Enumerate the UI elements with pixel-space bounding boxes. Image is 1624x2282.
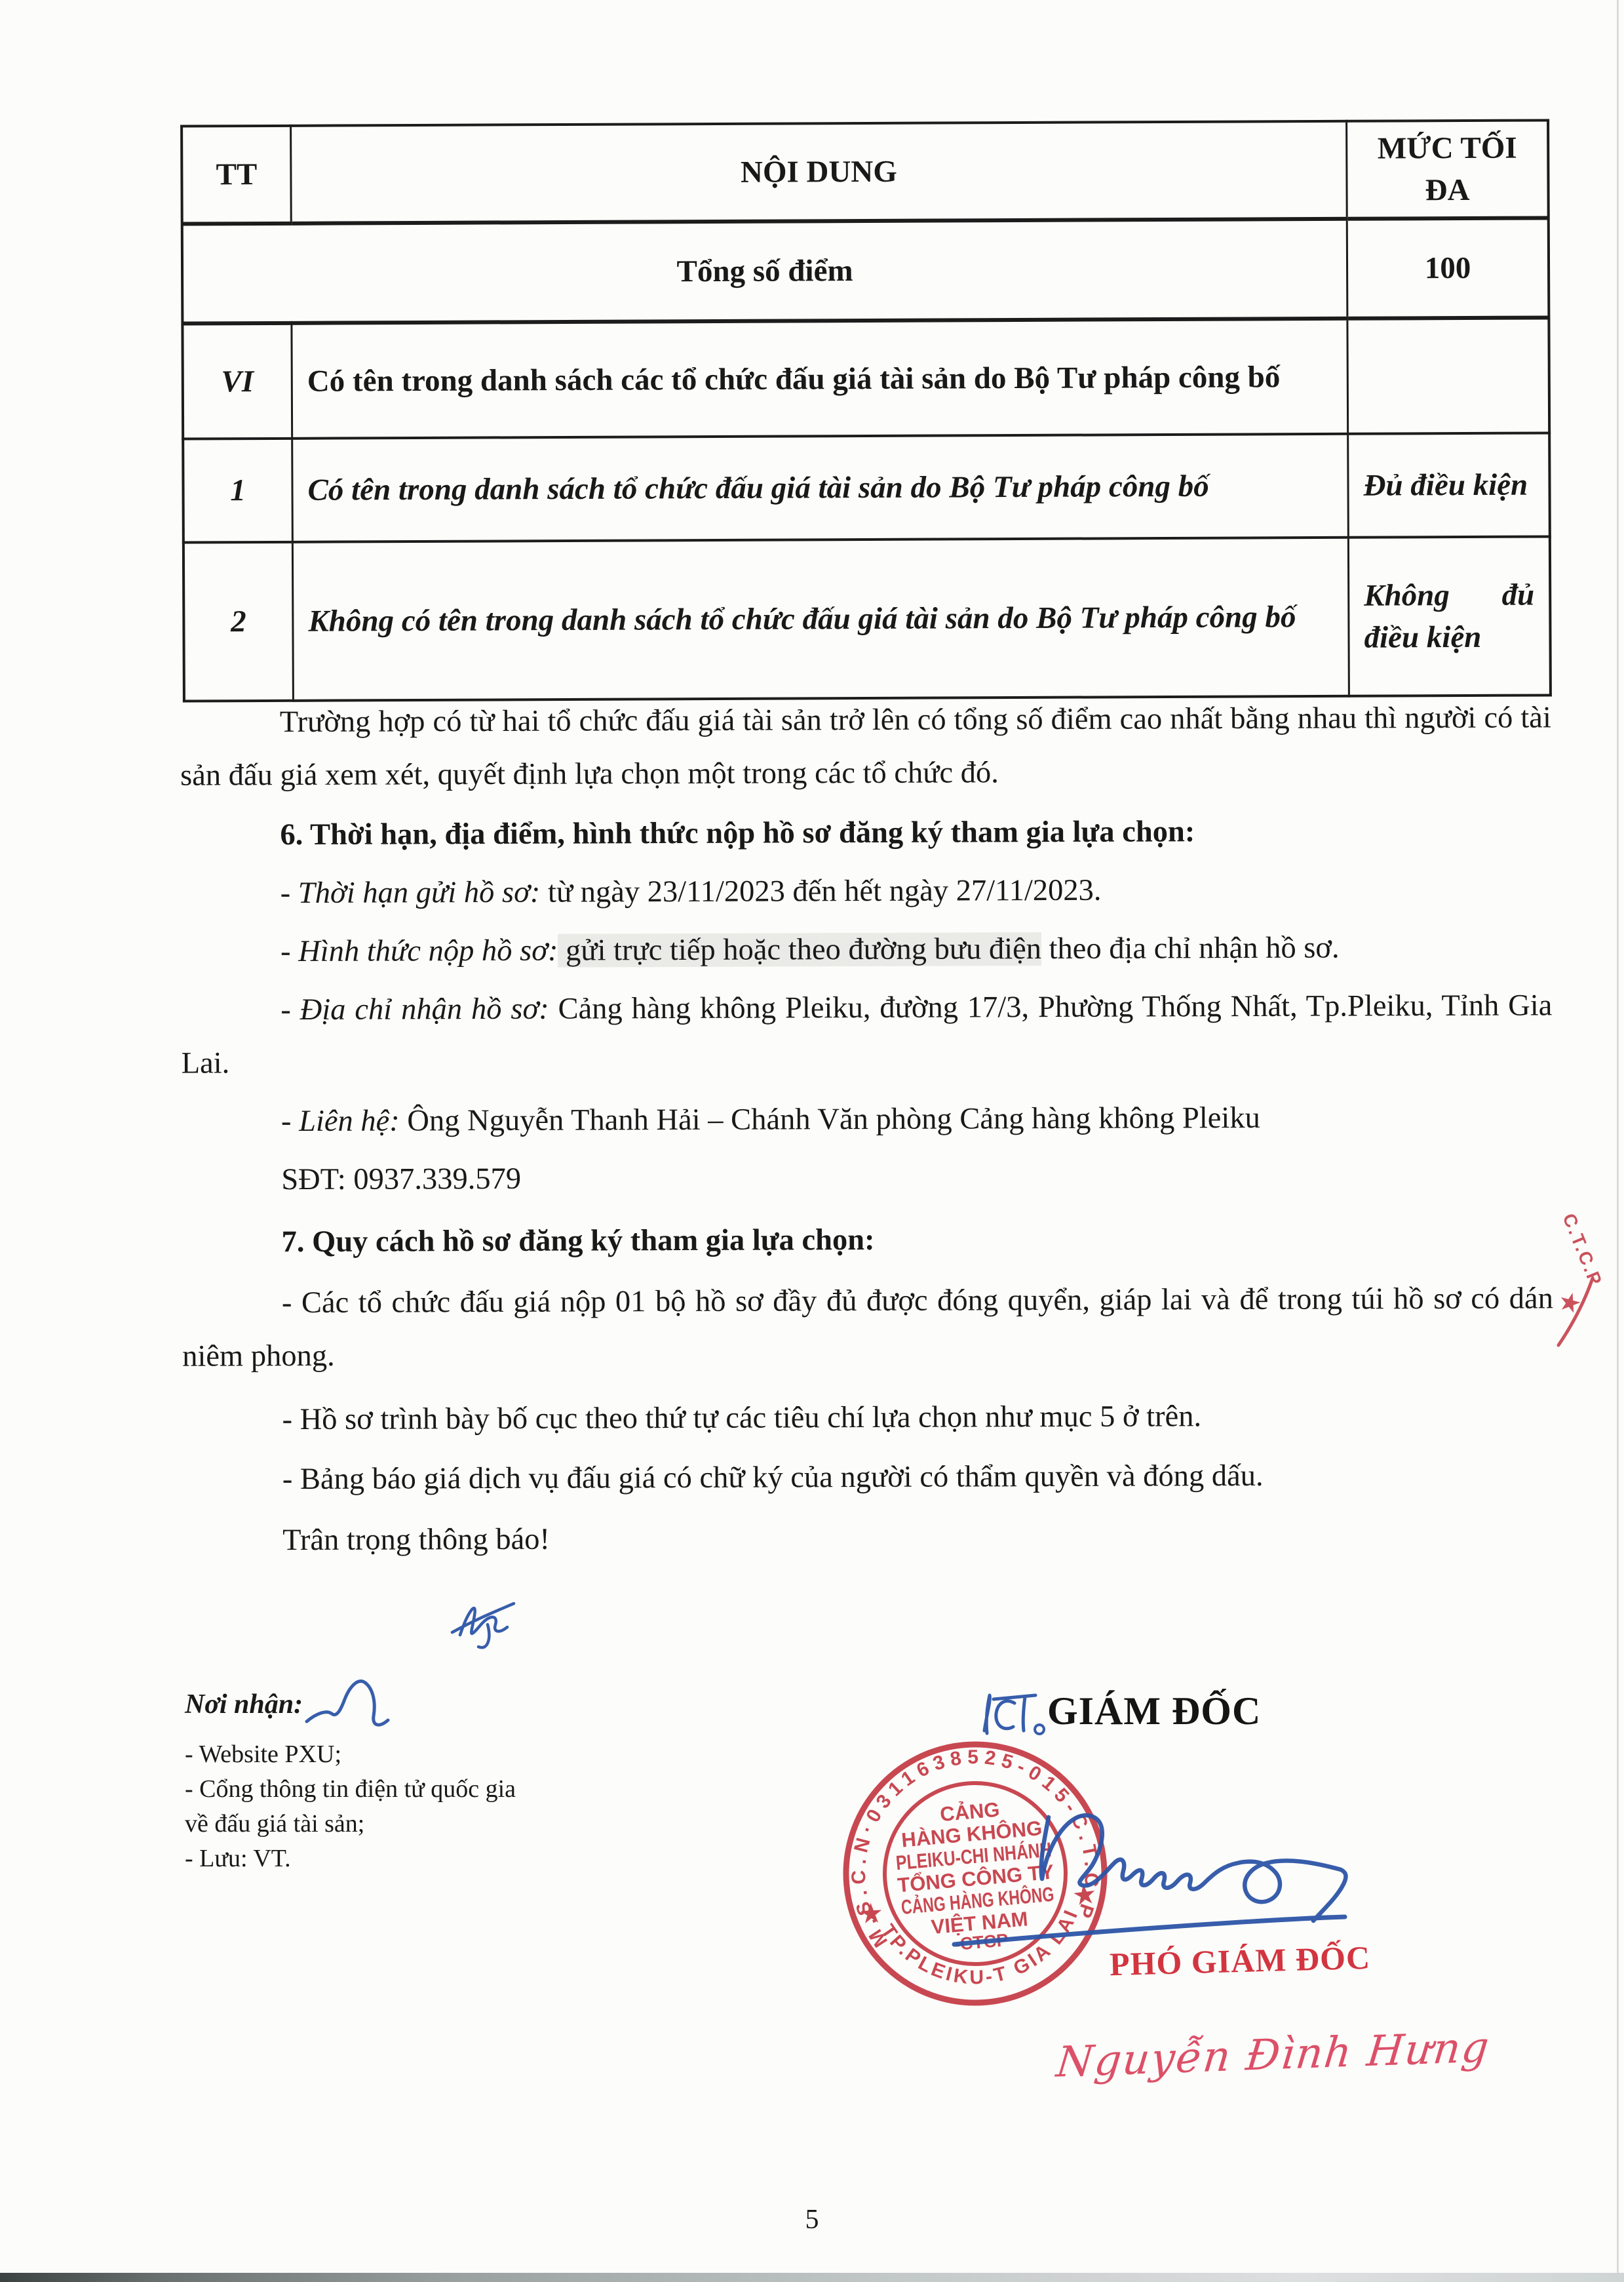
edge-stamp-fragment: C.T.C.P ★ xyxy=(1555,1211,1606,1345)
row-number-cell: 1 xyxy=(183,439,292,543)
bullet-deadline: - Thời hạn gửi hồ sơ: từ ngày 23/11/2023… xyxy=(181,862,1552,920)
svg-text:PLEIKU-CHI NHÁNH: PLEIKU-CHI NHÁNH xyxy=(895,1838,1053,1875)
page-number: 5 xyxy=(0,2204,1624,2235)
svg-text:CẢNG HÀNG KHÔNG: CẢNG HÀNG KHÔNG xyxy=(900,1882,1054,1919)
row-value-cell: Không đủ điều kiện xyxy=(1348,536,1551,696)
bullet-price-sheet: - Bảng báo giá dịch vụ đấu giá có chữ ký… xyxy=(183,1448,1554,1506)
bullet-label: - Thời hạn gửi hồ sơ: xyxy=(280,876,541,910)
bullet-label: - Địa chỉ nhận hồ sơ: xyxy=(280,993,549,1027)
company-round-stamp: M.S.C.N·0311638525-015-C.T.C.P TP.PLEIKU… xyxy=(836,1734,1115,2014)
row-text-cell: Có tên trong danh sách các tổ chức đấu g… xyxy=(292,319,1348,439)
stamp-center-text: CẢNG HÀNG KHÔNG PLEIKU-CHI NHÁNH TỔNG CÔ… xyxy=(891,1794,1060,1959)
row-value-cell xyxy=(1347,317,1549,433)
bullet-label: - Hình thức nộp hồ sơ: xyxy=(280,934,558,968)
stamp-ring-text-top: M.S.C.N·0311638525-015-C.T.C.P xyxy=(837,1736,1108,1953)
edge-stamp-star-icon: ★ xyxy=(1555,1286,1585,1320)
bullet-text: theo địa chỉ nhận hồ sơ. xyxy=(1041,931,1340,966)
director-title: GIÁM ĐỐC xyxy=(1047,1689,1261,1734)
svg-text:HÀNG KHÔNG: HÀNG KHÔNG xyxy=(900,1816,1043,1852)
row-number-cell: 2 xyxy=(184,542,294,701)
total-value-cell: 100 xyxy=(1347,218,1549,318)
edge-stamp-line xyxy=(1558,1278,1593,1345)
row-value-cell: Đủ điều kiện xyxy=(1348,433,1550,537)
table-header-row: TT NỘI DUNG MỨC TỐI ĐA xyxy=(182,120,1549,224)
recipients-title: Nơi nhận: xyxy=(185,1689,539,1720)
row-text-cell: Có tên trong danh sách tổ chức đấu giá t… xyxy=(292,434,1349,542)
edge-stamp-text: C.T.C.P xyxy=(1558,1211,1606,1290)
bullet-address: - Địa chỉ nhận hồ sơ: Cảng hàng không Pl… xyxy=(181,979,1553,1090)
heading-section-7: 7. Quy cách hồ sơ đăng ký tham gia lựa c… xyxy=(182,1211,1553,1269)
document-page: TT NỘI DUNG MỨC TỐI ĐA Tổng số điểm 100 … xyxy=(0,0,1624,2282)
criteria-table: TT NỘI DUNG MỨC TỐI ĐA Tổng số điểm 100 … xyxy=(180,119,1552,702)
highlighted-text: gửi trực tiếp hoặc theo đường bưu điện xyxy=(558,932,1041,968)
header-cell-tt: TT xyxy=(182,126,291,224)
row-number-cell: VI xyxy=(182,323,292,439)
body-text: Trường hợp có từ hai tổ chức đấu giá tài… xyxy=(180,691,1555,1567)
phone-line: SĐT: 0937.339.579 xyxy=(182,1149,1553,1206)
signature-scrawl xyxy=(954,1815,1345,1944)
svg-text:TỔNG CÔNG TY: TỔNG CÔNG TY xyxy=(897,1860,1055,1897)
closing-line: Trân trọng thông báo! xyxy=(183,1509,1554,1567)
recipients-block: Nơi nhận: - Website PXU; - Cổng thông ti… xyxy=(185,1689,539,1876)
recipient-item: - Cổng thông tin điện tử quốc gia về đấu… xyxy=(185,1772,539,1841)
stamp-outer-circle xyxy=(836,1734,1115,2014)
bullet-contact: - Liên hệ: Ông Nguyễn Thanh Hải – Chánh … xyxy=(182,1090,1553,1148)
paragraph-tiebreak: Trường hợp có từ hai tổ chức đấu giá tài… xyxy=(180,691,1552,802)
bullet-submission-method: - Hình thức nộp hồ sơ: gửi trực tiếp hoặ… xyxy=(181,920,1552,978)
svg-text:CẢNG: CẢNG xyxy=(939,1798,1001,1826)
bullet-text: từ ngày 23/11/2023 đến hết ngày 27/11/20… xyxy=(540,874,1101,909)
bullet-dossier-format: - Các tổ chức đấu giá nộp 01 bộ hồ sơ đầ… xyxy=(182,1272,1554,1383)
stamp-ring-text-bottom: TP.PLEIKU-T GIA LAI xyxy=(876,1904,1088,1997)
bullet-text: Ông Nguyễn Thanh Hải – Chánh Văn phòng C… xyxy=(400,1101,1260,1138)
header-cell-content: NỘI DUNG xyxy=(291,121,1347,224)
recipient-item: - Lưu: VT. xyxy=(185,1841,539,1876)
stamp-star-right-icon: ★ xyxy=(1066,1878,1104,1913)
stamp-star-left-icon: ★ xyxy=(854,1898,889,1930)
total-label-cell: Tổng số điểm xyxy=(182,219,1347,324)
header-cell-max: MỨC TỐI ĐA xyxy=(1347,120,1549,218)
scan-edge-line xyxy=(1617,0,1619,2282)
svg-text:-CTCP: -CTCP xyxy=(954,1930,1009,1954)
table-row: VI Có tên trong danh sách các tổ chức đấ… xyxy=(182,317,1549,439)
deputy-director-stamp-title: PHÓ GIÁM ĐỐC xyxy=(1109,1938,1370,1983)
heading-section-6: 6. Thời hạn, địa điểm, hình thức nộp hồ … xyxy=(180,804,1551,861)
table-row: 2 Không có tên trong danh sách tổ chức đ… xyxy=(184,536,1551,701)
signer-name-stamp: Nguyễn Đình Hưng xyxy=(1054,2023,1492,2087)
row-text-cell: Không có tên trong danh sách tổ chức đấu… xyxy=(292,538,1349,701)
scan-bottom-band xyxy=(0,2273,1624,2282)
kt-handwritten-initials xyxy=(984,1695,1044,1734)
table-total-row: Tổng số điểm 100 xyxy=(182,218,1549,323)
table-row: 1 Có tên trong danh sách tổ chức đấu giá… xyxy=(183,433,1550,542)
svg-text:VIỆT NAM: VIỆT NAM xyxy=(930,1906,1029,1938)
recipient-item: - Website PXU; xyxy=(185,1737,539,1772)
closing-initials-squiggle xyxy=(452,1603,514,1647)
bullet-dossier-layout: - Hồ sơ trình bày bố cục theo thứ tự các… xyxy=(182,1388,1553,1446)
bullet-label: - Liên hệ: xyxy=(281,1104,400,1138)
stamp-inner-circle xyxy=(877,1775,1073,1971)
